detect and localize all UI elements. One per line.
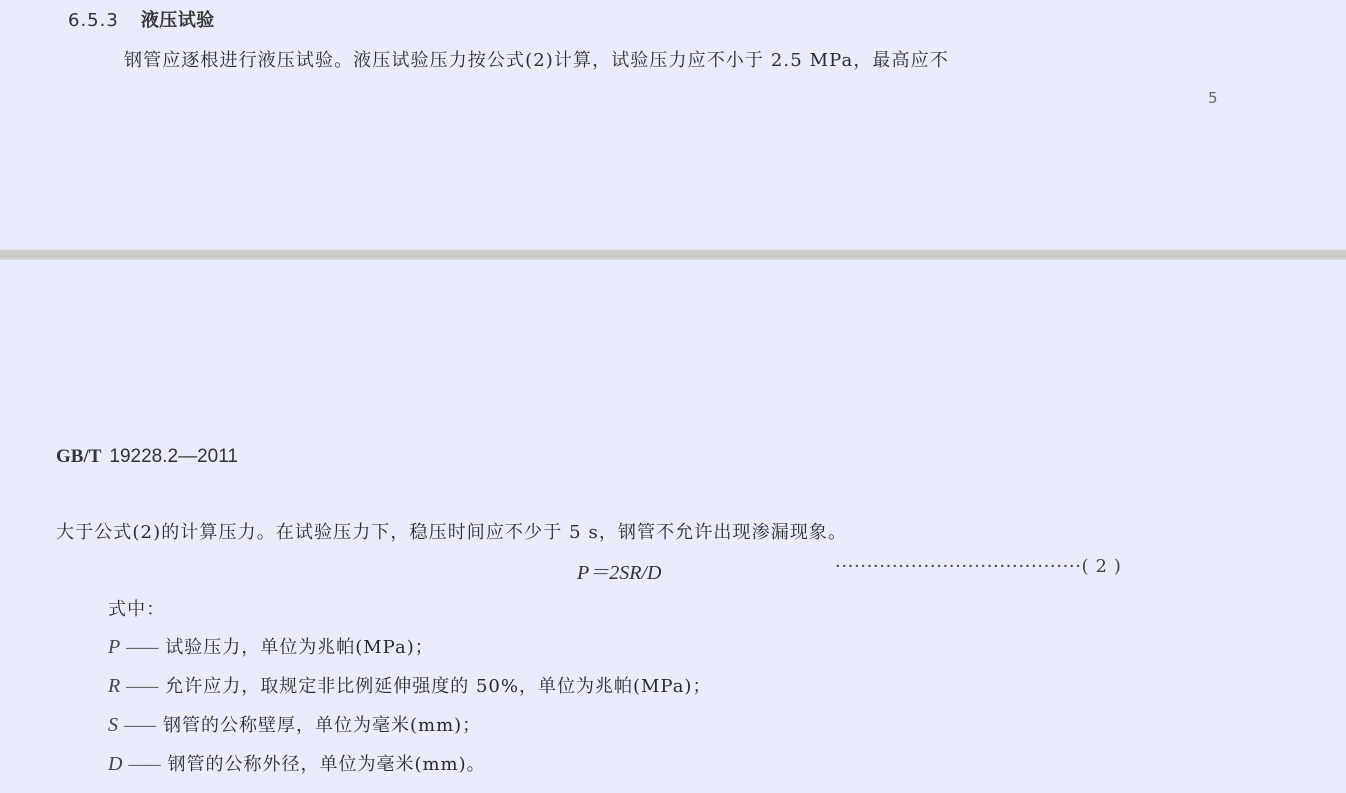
section-number: 6.5.3 <box>68 10 119 31</box>
em-dash: —— <box>127 754 159 775</box>
paragraph-bottom: 大于公式(2)的计算压力。在试验压力下，稳压时间应不少于 5 s，钢管不允许出现… <box>56 518 847 544</box>
definition-d: D——钢管的公称外径，单位为毫米(mm)。 <box>108 750 486 776</box>
formula-expression: P＝2SR/D <box>577 556 661 585</box>
page-number: 5 <box>1208 89 1218 107</box>
definition-r: R——允许应力，取规定非比例延伸强度的 50%，单位为兆帕(MPa)； <box>108 672 711 698</box>
symbol: R <box>108 675 121 697</box>
page-separator <box>0 249 1346 260</box>
definition-text: 钢管的公称壁厚，单位为毫米(mm)； <box>163 715 481 736</box>
section-heading: 6.5.3液压试验 <box>68 6 215 32</box>
formula-dots: ······································· <box>835 556 1082 577</box>
definition-s: S——钢管的公称壁厚，单位为毫米(mm)； <box>108 711 481 737</box>
where-label: 式中： <box>108 595 165 621</box>
symbol: D <box>108 753 123 775</box>
standard-code: GB/T19228.2—2011 <box>56 446 238 468</box>
standard-code-prefix: GB/T <box>56 446 101 467</box>
em-dash: —— <box>123 715 155 736</box>
symbol: P <box>108 636 121 658</box>
standard-code-number: 19228.2—2011 <box>109 446 238 467</box>
definition-text: 允许应力，取规定非比例延伸强度的 50%，单位为兆帕(MPa)； <box>165 676 711 697</box>
symbol: S <box>108 714 119 736</box>
formula-leader: ·······································(… <box>835 556 1122 577</box>
section-title: 液压试验 <box>141 10 215 31</box>
definition-text: 试验压力，单位为兆帕(MPa)； <box>165 637 434 658</box>
document-page-top <box>0 0 1346 249</box>
definition-text: 钢管的公称外径，单位为毫米(mm)。 <box>167 754 485 775</box>
paragraph-top: 钢管应逐根进行液压试验。液压试验压力按公式(2)计算，试验压力应不小于 2.5 … <box>124 46 949 72</box>
definition-p: P——试验压力，单位为兆帕(MPa)； <box>108 633 434 659</box>
em-dash: —— <box>125 637 157 658</box>
formula-label: ( 2 ) <box>1082 556 1122 577</box>
em-dash: —— <box>125 676 157 697</box>
